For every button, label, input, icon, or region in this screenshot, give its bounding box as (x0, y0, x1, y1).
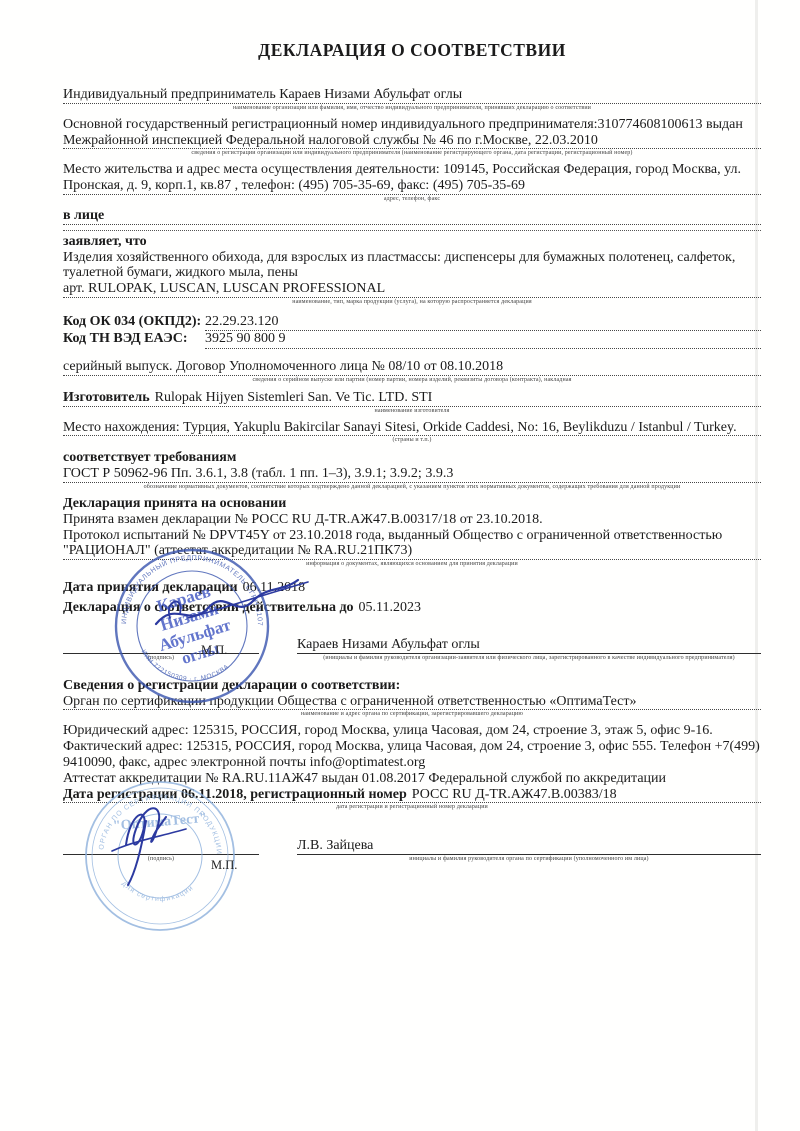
applicant-signatory-name: Караев Низами Абульфат оглы (297, 636, 761, 654)
address-line-1: Место жительства и адрес места осуществл… (63, 162, 761, 178)
basis-label: Декларация принята на основании (63, 496, 761, 512)
applicant-signature-ink (150, 566, 320, 646)
registration-body-caption: наименование и адрес органа по сертифика… (63, 711, 761, 718)
code-tn-label: Код ТН ВЭД ЕАЭС: (63, 331, 205, 349)
valid-until-value: 05.11.2023 (359, 600, 421, 615)
code-ok-value: 22.29.23.120 (205, 314, 761, 332)
address-caption: адрес, телефон, факс (63, 196, 761, 203)
product-article-caption: наименование, тип, марка продукции (услу… (63, 299, 761, 306)
location-caption: (страны и т.п.) (63, 437, 761, 444)
code-ok-label: Код ОК 034 (ОКПД2): (63, 314, 205, 332)
meets-requirements-label: соответствует требованиям (63, 450, 761, 466)
empty-fill-line (63, 225, 761, 231)
applicant-name-line: Индивидуальный предприниматель Караев Ни… (63, 87, 761, 104)
certifier-signatory-name: Л.В. Зайцева (297, 837, 761, 855)
product-description-line-1: Изделия хозяйственного обихода, для взро… (63, 250, 761, 266)
serial-line: серийный выпуск. Договор Уполномоченного… (63, 359, 761, 376)
standards-line: ГОСТ Р 50962-96 Пп. 3.6.1, 3.8 (табл. 1 … (63, 466, 761, 483)
applicant-signatory-caption: (инициалы и фамилия руководителя организ… (297, 655, 761, 662)
certifier-signature-ink (100, 793, 215, 893)
location-line: Место нахождения: Турция, Yakuplu Bakirc… (63, 420, 761, 437)
basis-line-1: Принята взамен декларации № РОСС RU Д-TR… (63, 512, 761, 528)
applicant-signature-right: Караев Низами Абульфат оглы (инициалы и … (297, 636, 761, 664)
product-description-line-2: туалетной бумаги, жидкого мыла, пены (63, 265, 761, 281)
serial-caption: сведения о серийном выпуске или партии (… (63, 377, 761, 384)
document-content: ДЕКЛАРАЦИЯ О СООТВЕТСТВИИ Индивидуальный… (63, 40, 761, 865)
page-title: ДЕКЛАРАЦИЯ О СООТВЕТСТВИИ (63, 40, 761, 61)
in-person-line: в лице (63, 208, 761, 225)
ogrn-line-1: Основной государственный регистрационный… (63, 117, 761, 133)
code-ok-row: Код ОК 034 (ОКПД2): 22.29.23.120 (63, 314, 761, 332)
certifier-stamp-place-label: М.П. (211, 858, 237, 873)
code-tn-value: 3925 90 800 9 (205, 331, 761, 349)
actual-address-line-2: 9410090, факс, адрес электронной почты i… (63, 755, 761, 771)
manufacturer-label: Изготовитель (63, 390, 150, 405)
certifier-signatory-caption: инициалы и фамилия руководителя органа п… (297, 856, 761, 863)
declares-line: заявляет, что (63, 234, 761, 250)
code-tn-row: Код ТН ВЭД ЕАЭС: 3925 90 800 9 (63, 331, 761, 349)
signature-gap (259, 837, 297, 865)
applicant-stamp-place-label: М.П. (201, 643, 227, 658)
scanned-declaration-page: ДЕКЛАРАЦИЯ О СООТВЕТСТВИИ Индивидуальный… (0, 0, 800, 1131)
actual-address-line-1: Фактический адрес: 125315, РОССИЯ, город… (63, 739, 761, 755)
ogrn-caption: сведения о регистрации организации или и… (63, 150, 761, 157)
product-article-line: арт. RULOPAK, LUSCAN, LUSCAN PROFESSIONA… (63, 281, 761, 298)
basis-line-2: Протокол испытаний № DPVT45Y от 23.10.20… (63, 528, 761, 544)
manufacturer-caption: наименование изготовителя (63, 408, 761, 415)
registration-number: РОСС RU Д-TR.АЖ47.В.00383/18 (412, 787, 617, 802)
certifier-signature-right: Л.В. Зайцева инициалы и фамилия руководи… (297, 837, 761, 865)
address-line-2: Пронская, д. 9, корп.1, кв.87 , телефон:… (63, 178, 761, 195)
applicant-name-caption: наименование организации или фамилия, им… (63, 105, 761, 112)
legal-address-line: Юридический адрес: 125315, РОССИЯ, город… (63, 723, 761, 739)
standards-caption: обозначение нормативных документов, соот… (63, 484, 761, 491)
manufacturer-value: Rulopak Hijyen Sistemleri San. Ve Tic. L… (155, 390, 433, 405)
ogrn-line-2: Межрайонной инспекцией Федеральной налог… (63, 133, 761, 150)
manufacturer-line: ИзготовительRulopak Hijyen Sistemleri Sa… (63, 390, 761, 407)
